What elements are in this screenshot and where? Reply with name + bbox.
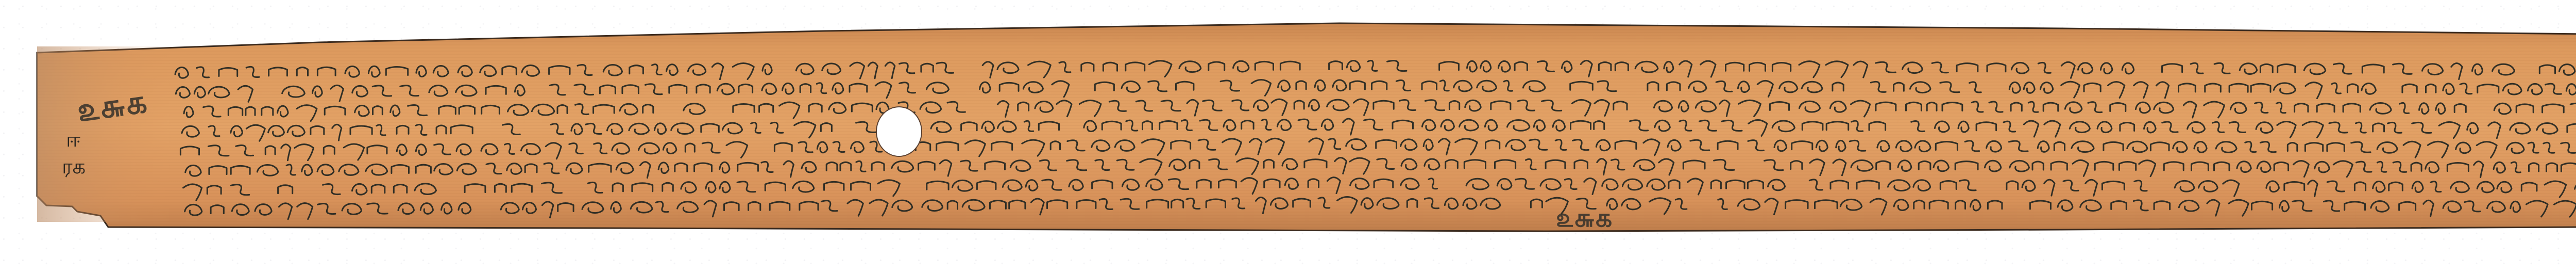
left-margin-mark-2: ரக <box>62 155 86 181</box>
bottom-folio-numeral: ௨௬௧ <box>1556 202 1613 236</box>
left-margin-mark-1: ஈ <box>66 128 80 154</box>
palm-leaf-folio: ௨௬௧ ஈ ரக ௨௬௧ ௨௬௧ <box>0 0 2576 273</box>
string-hole <box>876 107 922 156</box>
palm-leaf-surface <box>0 0 2576 273</box>
